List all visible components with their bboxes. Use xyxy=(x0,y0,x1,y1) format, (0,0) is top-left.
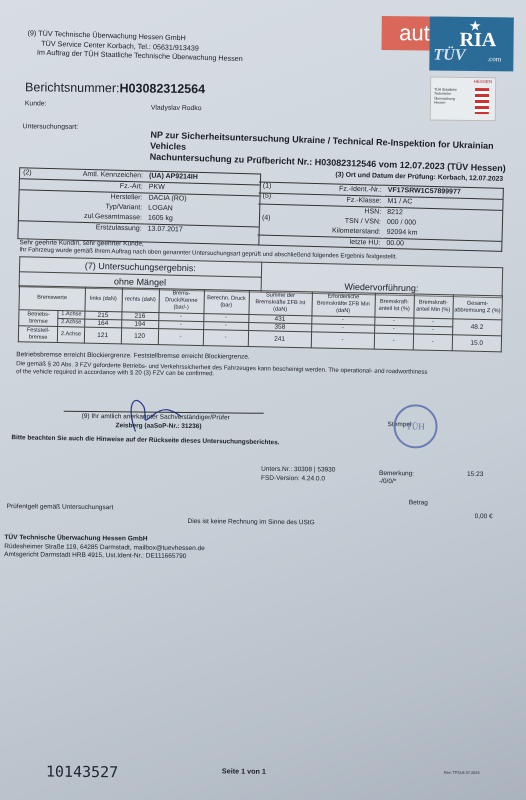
brake-header: Brems-Druck/Kenne (bar/-) xyxy=(159,289,204,314)
inspection-type-label: Untersuchungsart: xyxy=(23,123,79,131)
customer-name: Vladyslav Rodko xyxy=(151,105,202,113)
brake-header: Bremswerte xyxy=(19,286,85,311)
brake-group: Betriebs-bremse xyxy=(19,310,59,327)
hessen-lines: TÜH Staatliche Technische Überwachung He… xyxy=(434,88,457,106)
confirmation-en: of the vehicle required in accordance wi… xyxy=(16,368,214,377)
remark-label: Bemerkung: xyxy=(379,470,414,477)
report-number: Berichtsnummer:H03082312564 xyxy=(25,80,205,96)
inspector-name: Zeisberg (aaSoP-Nr.: 31236) xyxy=(116,422,202,430)
inspection-number: Unters.Nr.: 30308 | 53930 xyxy=(261,466,335,474)
brake-values-table: Bremswerte links (daN) rechts (daN) Brem… xyxy=(18,285,503,352)
brake-note: Betriebsbremse erreicht Blockiergrenze. … xyxy=(16,351,249,360)
company-register: Amtsgericht Darmstadt HRB 4915, Ust.Iden… xyxy=(4,551,186,560)
stamp-text: TÜH xyxy=(406,421,425,431)
axle: 2.Achse xyxy=(58,327,85,344)
brake-header: Bremskraft-anteil Min (%) xyxy=(414,294,453,319)
hessen-crest-icon xyxy=(475,88,489,114)
star-icon: ★ xyxy=(470,19,481,34)
left-force: 121 xyxy=(84,327,121,344)
inspection-type: NP zur Sicherheitsuntersuchung Ukraine /… xyxy=(150,130,507,175)
ria-com-text: .com xyxy=(487,55,501,63)
total-braking-parking: 15.0 xyxy=(452,335,502,352)
sum-force: 241 xyxy=(248,331,311,348)
amount-label: Betrag xyxy=(409,499,428,506)
hessen-line: Hessen xyxy=(434,101,457,106)
vehicle-left-box: (2) Amtl. Kennzeichen:(UA) AP9214IH Fz.-… xyxy=(17,167,261,245)
calc-pressure: - xyxy=(203,330,248,347)
vehicle-left-fields: Amtl. Kennzeichen:(UA) AP9214IH Fz.-Art:… xyxy=(19,168,261,237)
issuer-header: (9) TÜV Technische Überwachung Hessen Gm… xyxy=(27,28,244,63)
total-braking-service: 48.2 xyxy=(452,319,502,336)
report-number-value: H03082312564 xyxy=(119,81,205,96)
report-number-label: Berichtsnummer: xyxy=(25,80,120,95)
inspection-time: 15:23 xyxy=(467,471,483,478)
brake-group: Feststell-bremse xyxy=(18,326,58,343)
share-min: - xyxy=(413,334,452,351)
right-force: 120 xyxy=(121,328,158,345)
brake-header: Berechn. Druck (bar) xyxy=(204,290,249,315)
inspection-report-page: auto RIA TÜV .com ★ HESSEN TÜH Staatlich… xyxy=(0,0,526,800)
brake-header: links (daN) xyxy=(85,287,122,312)
remark-value: -/0/0/* xyxy=(379,478,396,485)
axle: 1.Achse xyxy=(58,311,84,320)
last-inspection: 00.00 xyxy=(383,238,501,252)
vehicle-right-fields: Fz.-Ident.-Nr.:VF17SRW1C57899977 Fz.-Kla… xyxy=(257,182,503,251)
share-actual: - xyxy=(374,333,413,350)
brake-pressure: - xyxy=(158,329,203,346)
fee-label: Prüfentgelt gemäß Untersuchungsart xyxy=(7,503,114,511)
fee-value: 0,00 € xyxy=(475,513,493,520)
page-indicator: Seite 1 von 1 xyxy=(222,766,266,775)
customer-label: Kunde: xyxy=(25,100,47,107)
autoria-logo-ria: RIA TÜV .com ★ xyxy=(429,17,514,72)
hessen-title: HESSEN xyxy=(474,80,493,85)
official-stamp: TÜH xyxy=(393,404,437,448)
brake-header: Erforderliche Bremskräfte ΣFB Min (daN) xyxy=(312,292,375,317)
back-side-notice: Bitte beachten Sie auch die Hinweise auf… xyxy=(11,434,279,446)
brake-header: Gesamt-abbremsung Z (%) xyxy=(453,295,503,320)
vehicle-right-box: (1) (5) (4) Fz.-Ident.-Nr.:VF17SRW1C5789… xyxy=(257,181,504,251)
brake-header: rechts (daN) xyxy=(122,288,159,313)
no-invoice-note: Dies ist keine Rechnung im Sinne des USt… xyxy=(188,518,315,526)
first-registration: 13.07.2017 xyxy=(145,224,259,237)
brake-header: Summe der Bremskräfte ΣFB Ist (daN) xyxy=(249,291,312,316)
axle: 2.Achse xyxy=(58,319,84,328)
brake-header: Bremskraft-anteil Ist (%) xyxy=(375,293,414,318)
required-force: - xyxy=(311,332,374,349)
company-name: TÜV Technische Überwachung Hessen GmbH xyxy=(4,534,147,542)
fsd-version: FSD-Version: 4.24.0.0 xyxy=(261,475,325,483)
form-code: Rev. TPSU4 07.2023 xyxy=(444,771,480,775)
tuv-logo-text: TÜV xyxy=(433,47,465,65)
document-number: 10143527 xyxy=(46,763,118,782)
hessen-logo: HESSEN TÜH Staatliche Technische Überwac… xyxy=(430,77,496,122)
